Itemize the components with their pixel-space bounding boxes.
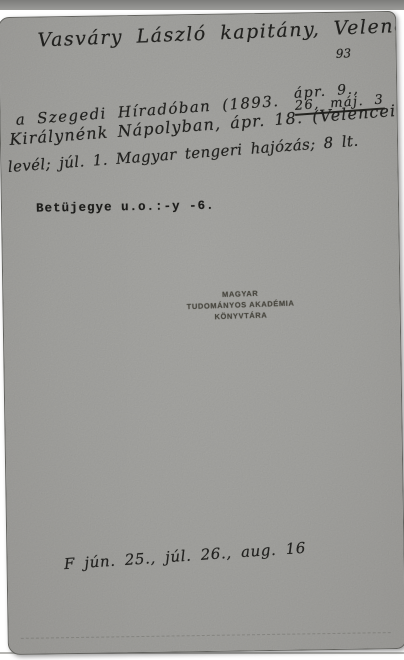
catalog-card: Vasváry László kapitány, Velence 93 a Sz…	[0, 11, 404, 655]
library-stamp: MAGYAR TUDOMÁNYOS AKADÉMIA KÖNYVTÁRA	[165, 286, 316, 324]
typed-letter-mark-line: Betüjegye u.o.:-y -6.	[36, 199, 215, 216]
crease-line	[21, 632, 391, 639]
scan-edge-strip	[0, 0, 404, 10]
heading-number: 93	[336, 46, 352, 61]
footer-handwritten-note: F jún. 25., júl. 26., aug. 16	[63, 539, 306, 573]
